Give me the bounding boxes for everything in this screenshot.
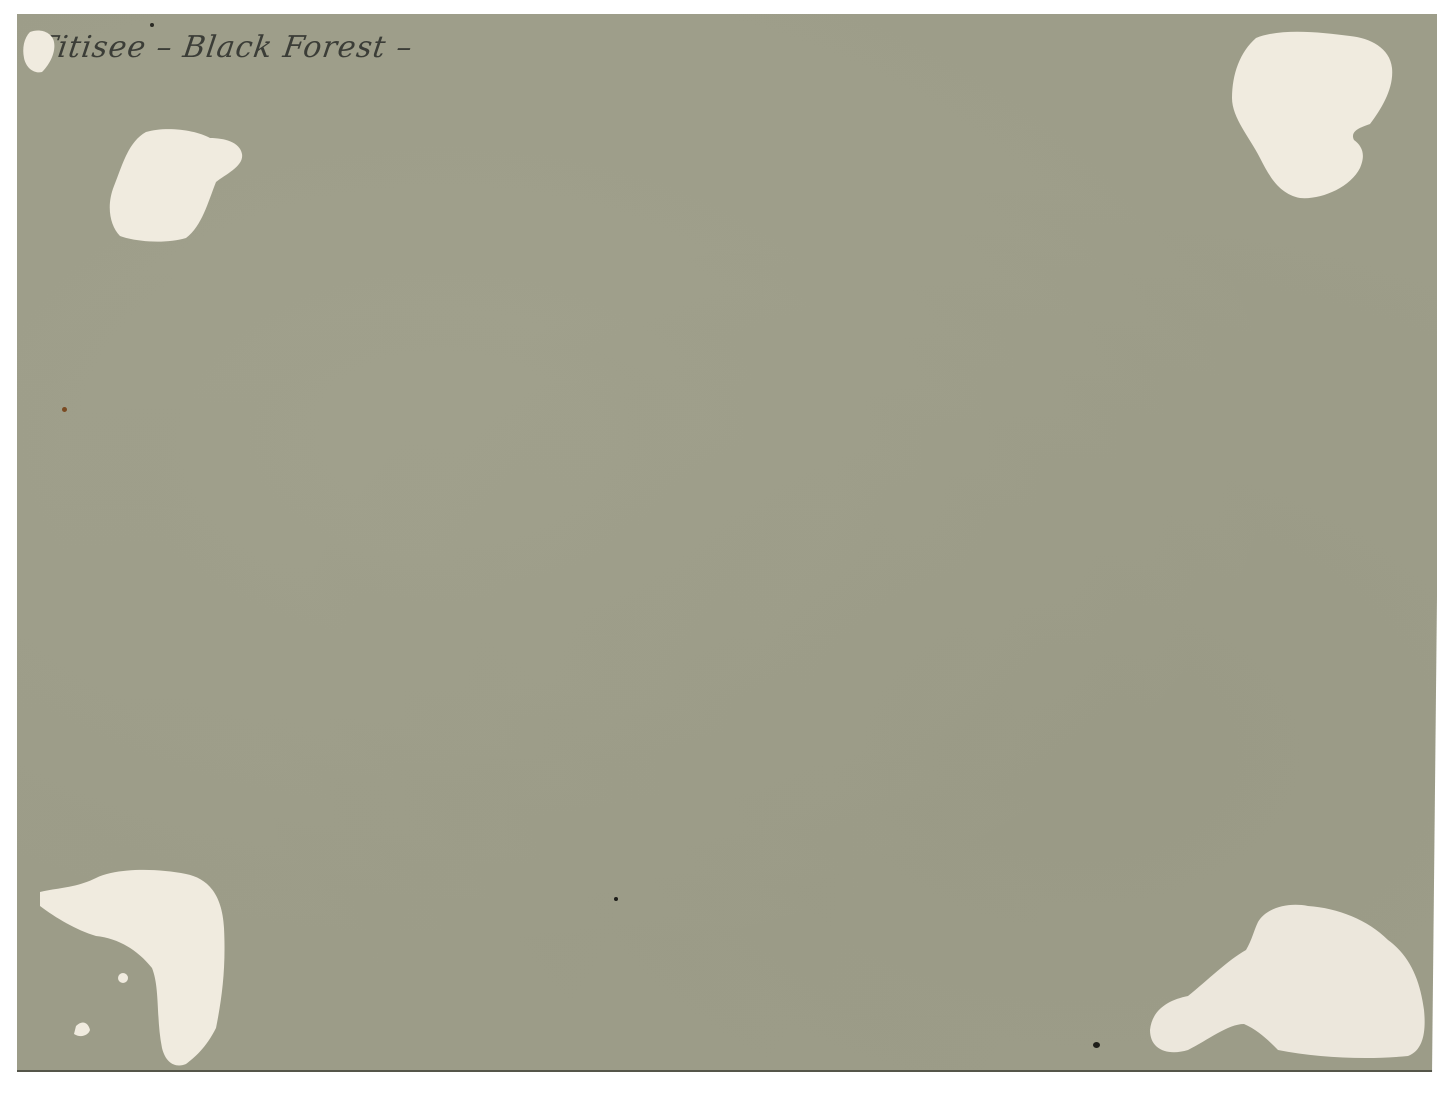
- ink-speck: [614, 897, 618, 901]
- adhesive-residue-top-left-edge: [22, 28, 62, 76]
- adhesive-residue-upper-left: [106, 126, 246, 246]
- adhesive-residue-upper-right: [1230, 28, 1396, 206]
- adhesive-residue-lower-right: [1148, 900, 1428, 1060]
- ink-speck: [150, 23, 154, 27]
- adhesive-residue-lower-left: [36, 868, 230, 1068]
- handwritten-inscription: Titisee – Black Forest –: [35, 30, 416, 65]
- ink-speck: [62, 407, 67, 412]
- ink-speck: [1093, 1042, 1100, 1048]
